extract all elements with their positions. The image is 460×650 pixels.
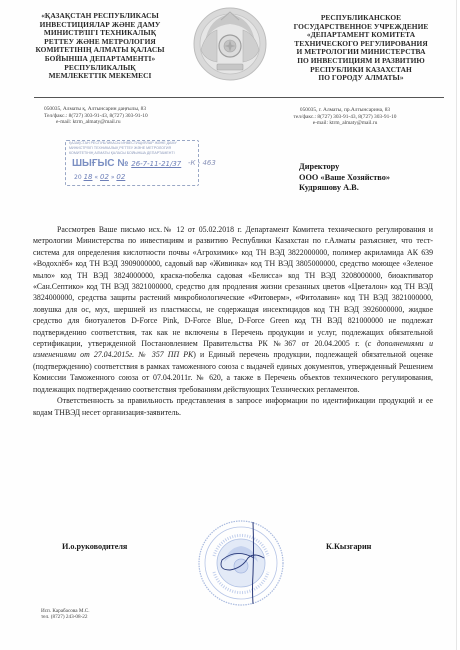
state-emblem-icon	[191, 4, 269, 84]
address-line: 050035, г. Алматы, пр.Алтынсарина, 83	[270, 107, 420, 114]
header-divider	[34, 97, 444, 98]
addressee-position: Директору	[299, 162, 390, 173]
outgoing-number-value: 26-7-11-21/37	[131, 160, 181, 168]
addressee-company: ООО «Ваше Хозяйство»	[299, 173, 390, 184]
header-right-line: ПО ГОРОДУ АЛМАТЫ»	[282, 74, 440, 83]
addressee-block: Директору ООО «Ваше Хозяйство» Кудряшову…	[299, 162, 390, 194]
date-day: 18	[84, 173, 93, 181]
letter-page: «ҚАЗАҚСТАН РЕСПУБЛИКАСЫ ИНВЕСТИЦИЯЛАР ЖӘ…	[0, 0, 457, 650]
email-line: e-mail: ktrm_almaty@mail.ru	[270, 120, 420, 127]
address-russian: 050035, г. Алматы, пр.Алтынсарина, 83 те…	[270, 107, 420, 127]
date-prefix: 20	[74, 174, 82, 181]
address-line: 050035, Алматы қ, Алтынсарин даңғылы, 83	[44, 106, 204, 113]
executor-phone: тел. (8727) 243-08-22	[41, 614, 90, 620]
phone-line: Тел/факс.: 8(727) 303-91-43, 8(727) 303-…	[44, 113, 204, 120]
outgoing-number: ШЫҒЫС № 26-7-11-21/37	[72, 158, 181, 169]
official-seal-icon	[196, 518, 286, 608]
date-month: 02	[100, 173, 109, 181]
outgoing-number-tail: -К - 463	[188, 159, 216, 167]
letter-body: Рассмотрев Ваше письмо исх.№ 12 от 05.02…	[33, 224, 433, 418]
body-text: Рассмотрев Ваше письмо исх.№ 12 от 05.02…	[33, 225, 433, 348]
signatory-role: И.о.руководителя	[62, 542, 127, 551]
header-kazakh-org-name: «ҚАЗАҚСТАН РЕСПУБЛИКАСЫ ИНВЕСТИЦИЯЛАР ЖӘ…	[30, 12, 170, 81]
signatory-name: К.Кызгарин	[326, 542, 371, 551]
phone-line: тел/факс.: 8(727) 303-91-43, 8(727) 303-…	[270, 114, 420, 121]
stamp-line: КОМИТЕТІНІҢ АЛМАТЫ ҚАЛАСЫ БОЙЫНША ДЕПАРТ…	[66, 151, 198, 156]
date-year: 02	[116, 173, 125, 181]
outgoing-registration-stamp: ҚАЗАҚСТАН РЕСПУБЛИКАСЫ ИНВЕСТИЦИЯЛАР ЖӘН…	[65, 140, 199, 186]
header-russian-org-name: РЕСПУБЛИКАНСКОЕ ГОСУДАРСТВЕННОЕ УЧРЕЖДЕН…	[282, 14, 440, 83]
outgoing-label: ШЫҒЫС №	[72, 158, 128, 169]
addressee-name: Кудряшову А.В.	[299, 183, 390, 194]
body-paragraph-main: Рассмотрев Ваше письмо исх.№ 12 от 05.02…	[33, 224, 433, 395]
email-line: e-mail: ktrm_almaty@mail.ru	[44, 119, 204, 126]
header-left-line: МЕМЛЕКЕТТІК МЕКЕМЕСІ	[30, 72, 170, 81]
executor-block: Исп. Карабасова М.С. тел. (8727) 243-08-…	[41, 608, 90, 621]
body-paragraph-responsibility: Ответственность за правильность представ…	[33, 395, 433, 418]
address-kazakh: 050035, Алматы қ, Алтынсарин даңғылы, 83…	[44, 106, 204, 126]
outgoing-date: 20 18 « 02 » 02	[74, 173, 125, 181]
